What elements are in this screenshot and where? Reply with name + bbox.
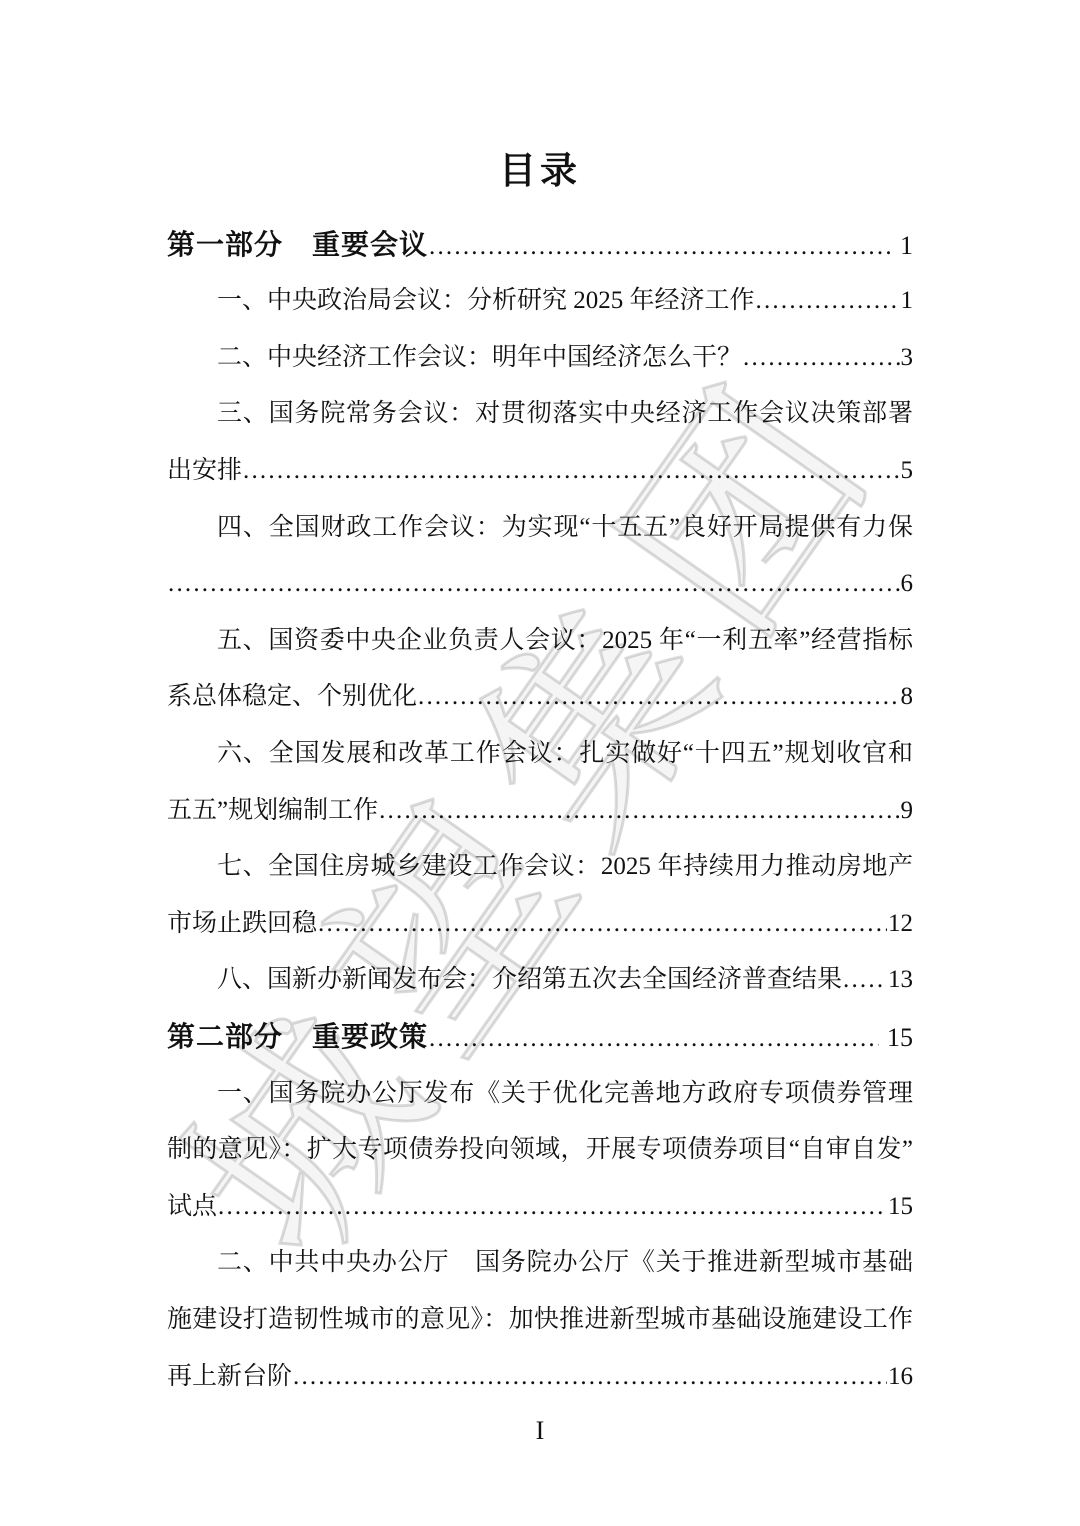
toc-entry-text: 二、中共中央办公厅 国务院办公厅《关于推进新型城市基础设 bbox=[167, 1249, 913, 1292]
toc-page-number: 12 bbox=[888, 896, 913, 953]
toc-entry[interactable]: 六、全国发展和改革工作会议：扎实做好“十四五”规划收官和“十 bbox=[167, 726, 913, 783]
toc-entry-text: 四、全国财政工作会议：为实现“十五五”良好开局提供有力保障 bbox=[167, 514, 913, 557]
dot-leader bbox=[168, 556, 900, 613]
toc-entry-text: 一、国务院办公厅发布《关于优化完善地方政府专项债券管理机 bbox=[167, 1080, 913, 1123]
toc-entry-text: 施建设打造韧性城市的意见》：加快推进新型城市基础设施建设工作 bbox=[167, 1306, 913, 1333]
dot-leader bbox=[218, 1179, 887, 1236]
toc-entry[interactable]: 试点15 bbox=[167, 1179, 913, 1236]
toc-entry-text: 制的意见》：扩大专项债券投向领域，开展专项债券项目“自审自发” bbox=[167, 1136, 913, 1163]
dot-leader bbox=[429, 1011, 879, 1068]
toc-entry[interactable]: 再上新台阶16 bbox=[167, 1349, 913, 1406]
toc-entry[interactable]: 四、全国财政工作会议：为实现“十五五”良好开局提供有力保障 bbox=[167, 500, 913, 557]
toc-entry[interactable]: 七、全国住房城乡建设工作会议：2025 年持续用力推动房地产 bbox=[167, 839, 913, 896]
dot-leader bbox=[293, 1349, 887, 1406]
dot-leader bbox=[756, 273, 900, 330]
page-number-footer: I bbox=[167, 1411, 913, 1451]
toc-entry-text: 第一部分 重要会议 bbox=[167, 217, 428, 274]
toc-entry[interactable]: 一、国务院办公厅发布《关于优化完善地方政府专项债券管理机 bbox=[167, 1066, 913, 1123]
toc-page-number: 15 bbox=[887, 1010, 913, 1067]
toc-entry[interactable]: 施建设打造韧性城市的意见》：加快推进新型城市基础设施建设工作 bbox=[167, 1292, 913, 1349]
toc-entry-text: 五、国资委中央企业负责人会议：2025 年“一利五率”经营指标体 bbox=[167, 627, 913, 670]
dot-leader bbox=[318, 896, 887, 953]
table-of-contents: 第一部分 重要会议1 一、中央政治局会议：分析研究 2025 年经济工作1 二、… bbox=[167, 217, 913, 1405]
page-title: 目录 bbox=[167, 147, 913, 197]
toc-entry-text: 市场止跌回稳 bbox=[167, 896, 317, 953]
toc-entry[interactable]: 五五”规划编制工作9 bbox=[167, 783, 913, 840]
toc-entry[interactable]: 八、国新办新闻发布会：介绍第五次去全国经济普查结果13 bbox=[167, 952, 913, 1009]
toc-page-number: 1 bbox=[900, 218, 913, 275]
dot-leader bbox=[843, 952, 887, 1009]
dot-leader bbox=[429, 219, 892, 276]
toc-page-number: 9 bbox=[901, 783, 914, 840]
toc-entry-text: 六、全国发展和改革工作会议：扎实做好“十四五”规划收官和“十 bbox=[167, 740, 913, 783]
dot-leader bbox=[379, 783, 899, 840]
toc-page-number: 16 bbox=[888, 1349, 913, 1406]
document-page: 城望集团 目录 第一部分 重要会议1 一、中央政治局会议：分析研究 2025 年… bbox=[0, 0, 1080, 1526]
toc-page-number: 5 bbox=[901, 443, 914, 500]
toc-entry[interactable]: 6 bbox=[167, 556, 913, 613]
toc-entry[interactable]: 制的意见》：扩大专项债券投向领域，开展专项债券项目“自审自发” bbox=[167, 1122, 913, 1179]
toc-part-heading[interactable]: 第二部分 重要政策15 bbox=[167, 1009, 913, 1066]
toc-entry-text: 试点 bbox=[167, 1179, 217, 1236]
toc-entry-text: 一、中央政治局会议：分析研究 2025 年经济工作 bbox=[167, 273, 755, 330]
toc-entry[interactable]: 二、中共中央办公厅 国务院办公厅《关于推进新型城市基础设 bbox=[167, 1235, 913, 1292]
dot-leader bbox=[243, 443, 899, 500]
toc-part-heading[interactable]: 第一部分 重要会议1 bbox=[167, 217, 913, 274]
toc-entry[interactable]: 系总体稳定、个别优化8 bbox=[167, 669, 913, 726]
toc-content: 目录 第一部分 重要会议1 一、中央政治局会议：分析研究 2025 年经济工作1… bbox=[167, 0, 913, 1451]
dot-leader bbox=[743, 330, 899, 387]
toc-entry-text: 三、国务院常务会议：对贯彻落实中央经济工作会议决策部署作 bbox=[167, 400, 913, 443]
toc-entry-text: 第二部分 重要政策 bbox=[167, 1009, 428, 1066]
toc-entry-text: 二、中央经济工作会议：明年中国经济怎么干？ bbox=[167, 330, 742, 387]
toc-page-number: 1 bbox=[901, 273, 914, 330]
toc-entry[interactable]: 二、中央经济工作会议：明年中国经济怎么干？3 bbox=[167, 330, 913, 387]
toc-entry[interactable]: 市场止跌回稳12 bbox=[167, 896, 913, 953]
dot-leader bbox=[418, 669, 899, 726]
toc-entry[interactable]: 出安排5 bbox=[167, 443, 913, 500]
toc-entry-text: 出安排 bbox=[167, 443, 242, 500]
toc-entry[interactable]: 三、国务院常务会议：对贯彻落实中央经济工作会议决策部署作 bbox=[167, 386, 913, 443]
toc-entry[interactable]: 一、中央政治局会议：分析研究 2025 年经济工作1 bbox=[167, 273, 913, 330]
toc-entry-text: 系总体稳定、个别优化 bbox=[167, 669, 417, 726]
toc-page-number: 15 bbox=[888, 1179, 913, 1236]
toc-page-number: 6 bbox=[901, 556, 914, 613]
toc-entry-text: 再上新台阶 bbox=[167, 1349, 292, 1406]
toc-page-number: 3 bbox=[901, 330, 914, 387]
toc-entry-text: 八、国新办新闻发布会：介绍第五次去全国经济普查结果 bbox=[167, 952, 842, 1009]
toc-entry-text: 五五”规划编制工作 bbox=[167, 783, 378, 840]
toc-page-number: 8 bbox=[901, 669, 914, 726]
toc-entry[interactable]: 五、国资委中央企业负责人会议：2025 年“一利五率”经营指标体 bbox=[167, 613, 913, 670]
toc-page-number: 13 bbox=[888, 952, 913, 1009]
toc-entry-text: 七、全国住房城乡建设工作会议：2025 年持续用力推动房地产 bbox=[217, 853, 913, 880]
